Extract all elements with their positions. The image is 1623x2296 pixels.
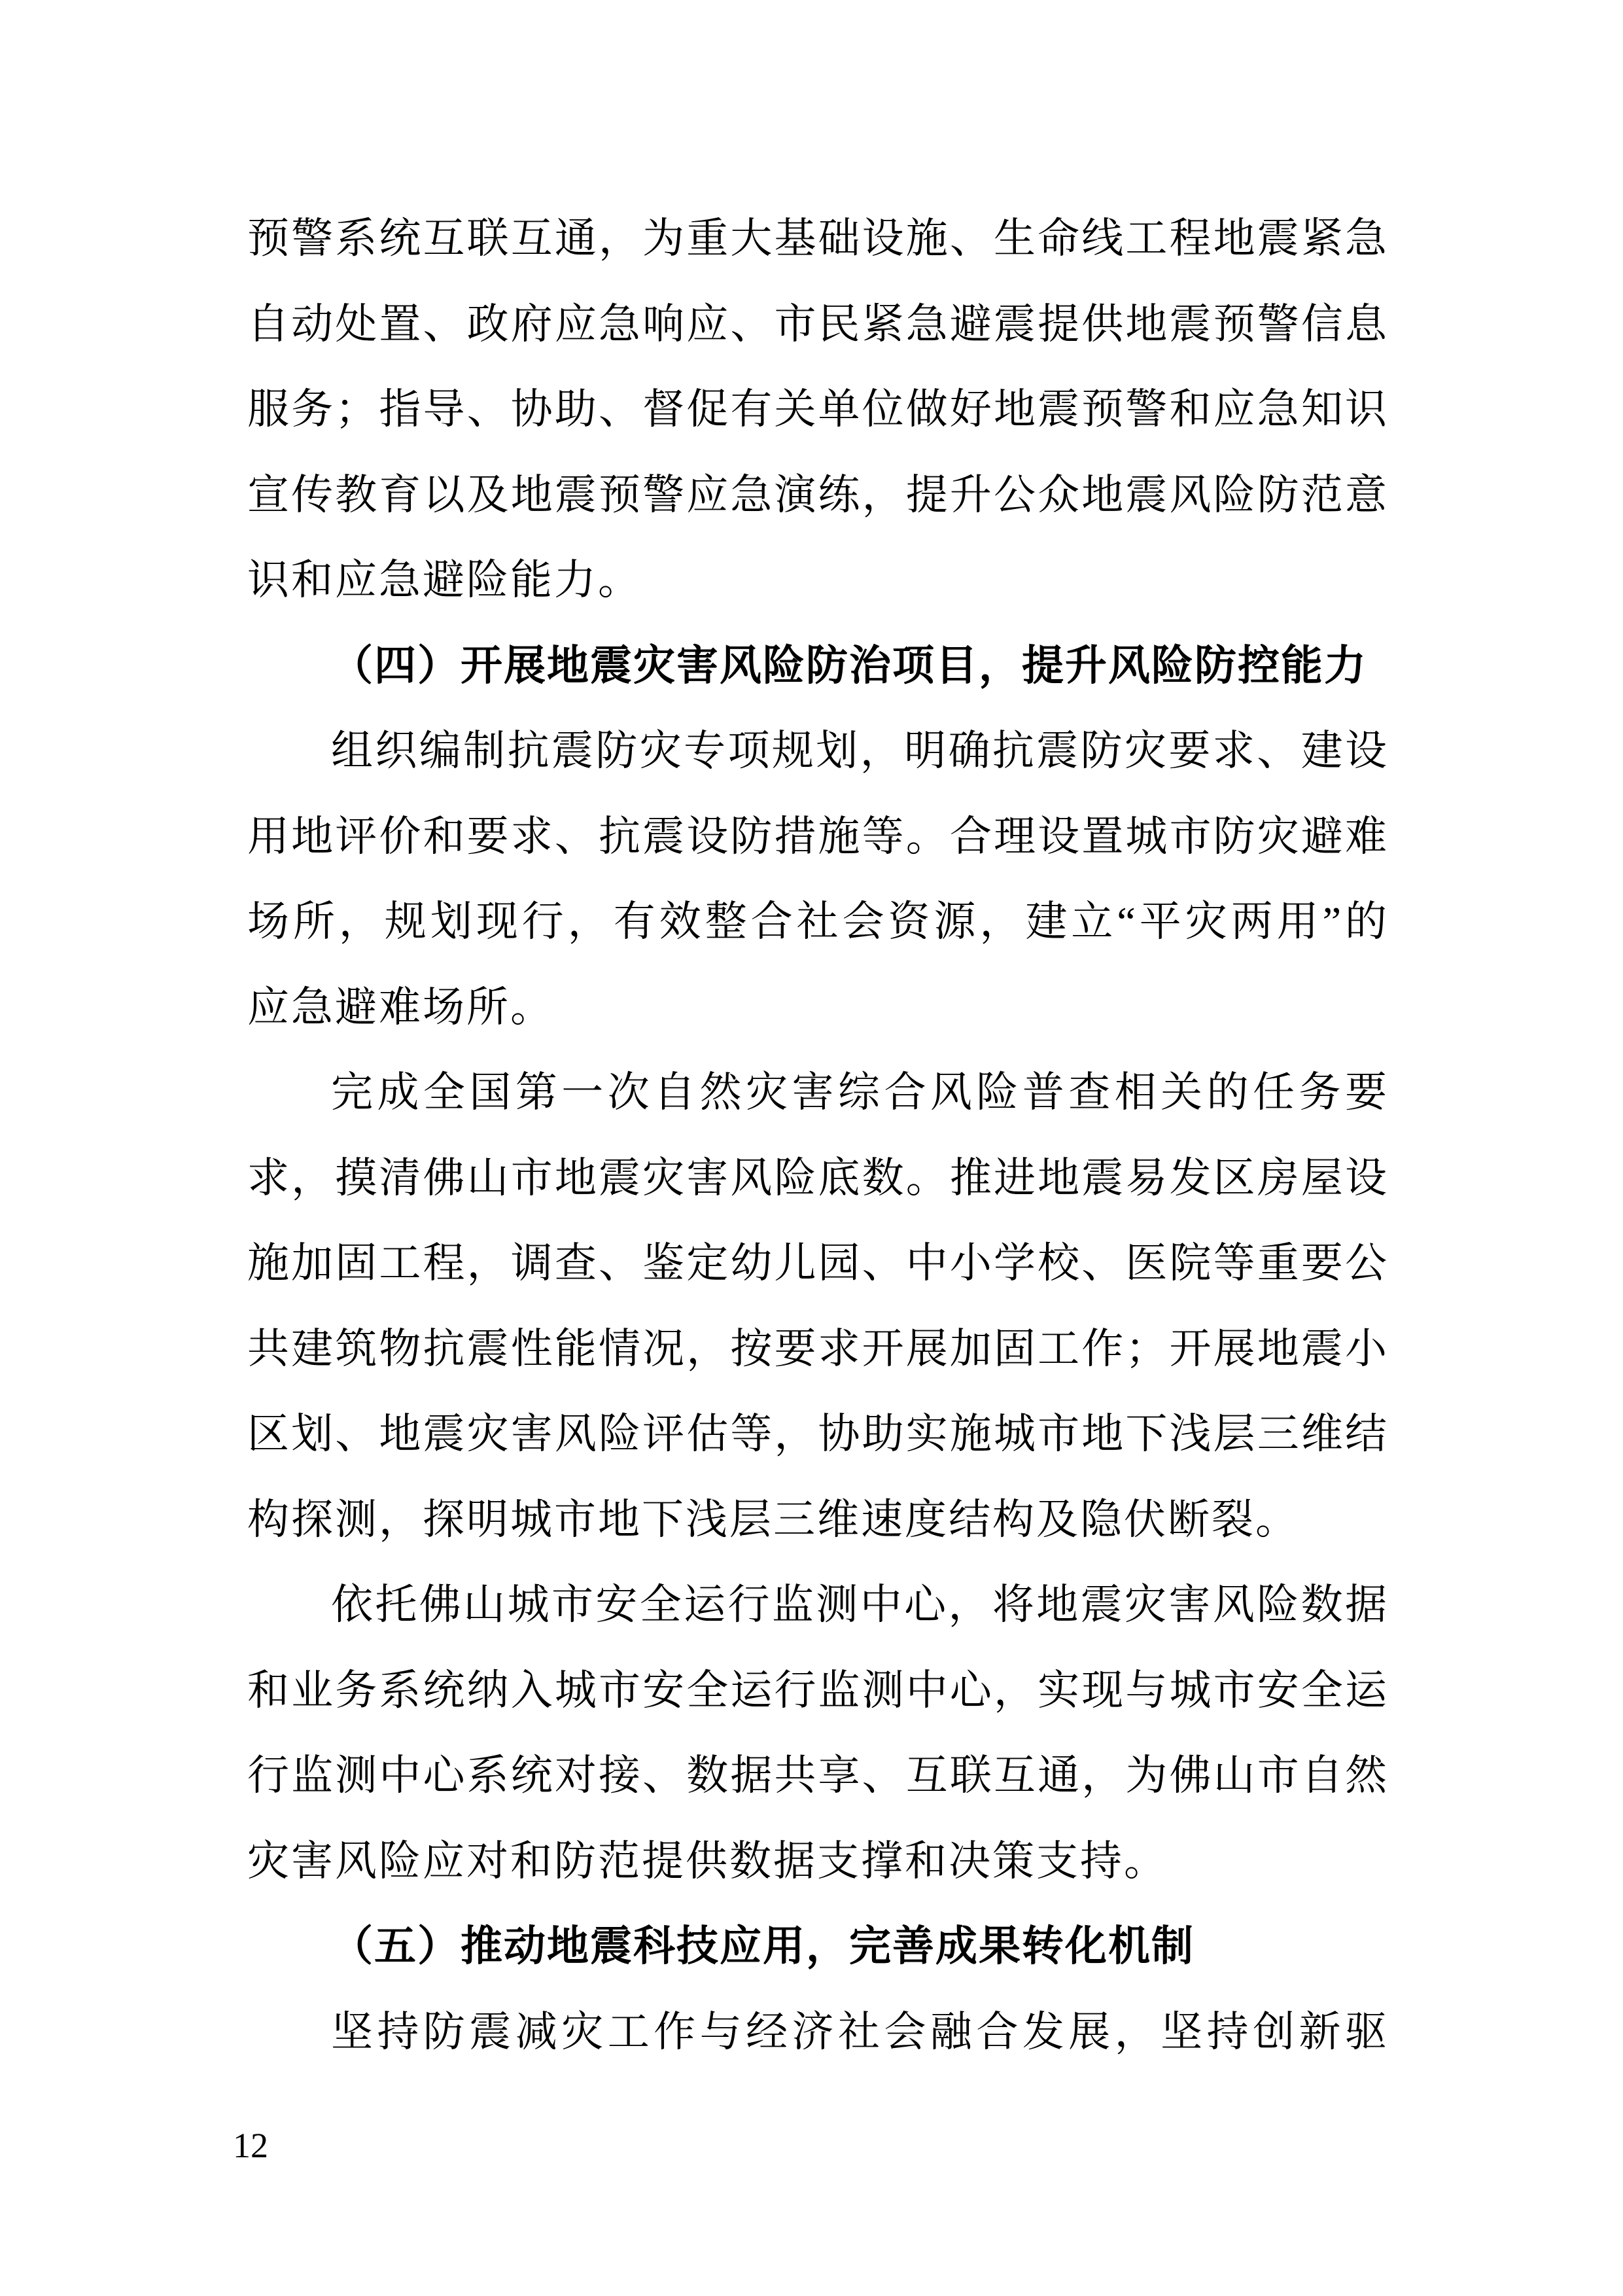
text-line: 预警系统互联互通，为重大基础设施、生命线工程地震紧急: [247, 196, 1387, 282]
text-line: 和业务系统纳入城市安全运行监测中心，实现与城市安全运: [247, 1648, 1387, 1734]
text-line: 灾害风险应对和防范提供数据支撑和决策支持。: [247, 1819, 1387, 1905]
section-heading-5: （五）推动地震科技应用，完善成果转化机制: [247, 1904, 1387, 1990]
page-number: 12: [233, 2124, 268, 2167]
text-line: 施加固工程，调查、鉴定幼儿园、中小学校、医院等重要公: [247, 1221, 1387, 1307]
text-line: 坚持防震减灾工作与经济社会融合发展，坚持创新驱: [247, 1990, 1387, 2075]
text-line: 场所，规划现行，有效整合社会资源，建立“平灾两用”的: [247, 879, 1387, 965]
section-heading-4: （四）开展地震灾害风险防治项目，提升风险防控能力: [247, 624, 1387, 709]
document-page: 预警系统互联互通，为重大基础设施、生命线工程地震紧急 自动处置、政府应急响应、市…: [0, 0, 1623, 2296]
text-block: 预警系统互联互通，为重大基础设施、生命线工程地震紧急 自动处置、政府应急响应、市…: [247, 196, 1387, 2075]
text-line: 求，摸清佛山市地震灾害风险底数。推进地震易发区房屋设: [247, 1136, 1387, 1222]
text-line: 服务；指导、协助、督促有关单位做好地震预警和应急知识: [247, 367, 1387, 453]
text-line: 识和应急避险能力。: [247, 538, 1387, 624]
text-line: 区划、地震灾害风险评估等，协助实施城市地下浅层三维结: [247, 1392, 1387, 1477]
text-line: 完成全国第一次自然灾害综合风险普查相关的任务要: [247, 1050, 1387, 1136]
text-line: 用地评价和要求、抗震设防措施等。合理设置城市防灾避难: [247, 794, 1387, 880]
text-line: 构探测，探明城市地下浅层三维速度结构及隐伏断裂。: [247, 1477, 1387, 1563]
text-line: 行监测中心系统对接、数据共享、互联互通，为佛山市自然: [247, 1733, 1387, 1819]
text-line: 依托佛山城市安全运行监测中心，将地震灾害风险数据: [247, 1563, 1387, 1648]
text-line: 共建筑物抗震性能情况，按要求开展加固工作；开展地震小: [247, 1307, 1387, 1392]
text-line: 宣传教育以及地震预警应急演练，提升公众地震风险防范意: [247, 453, 1387, 539]
text-line: 自动处置、政府应急响应、市民紧急避震提供地震预警信息: [247, 282, 1387, 368]
text-line: 应急避难场所。: [247, 965, 1387, 1051]
text-line: 组织编制抗震防灾专项规划，明确抗震防灾要求、建设: [247, 709, 1387, 794]
